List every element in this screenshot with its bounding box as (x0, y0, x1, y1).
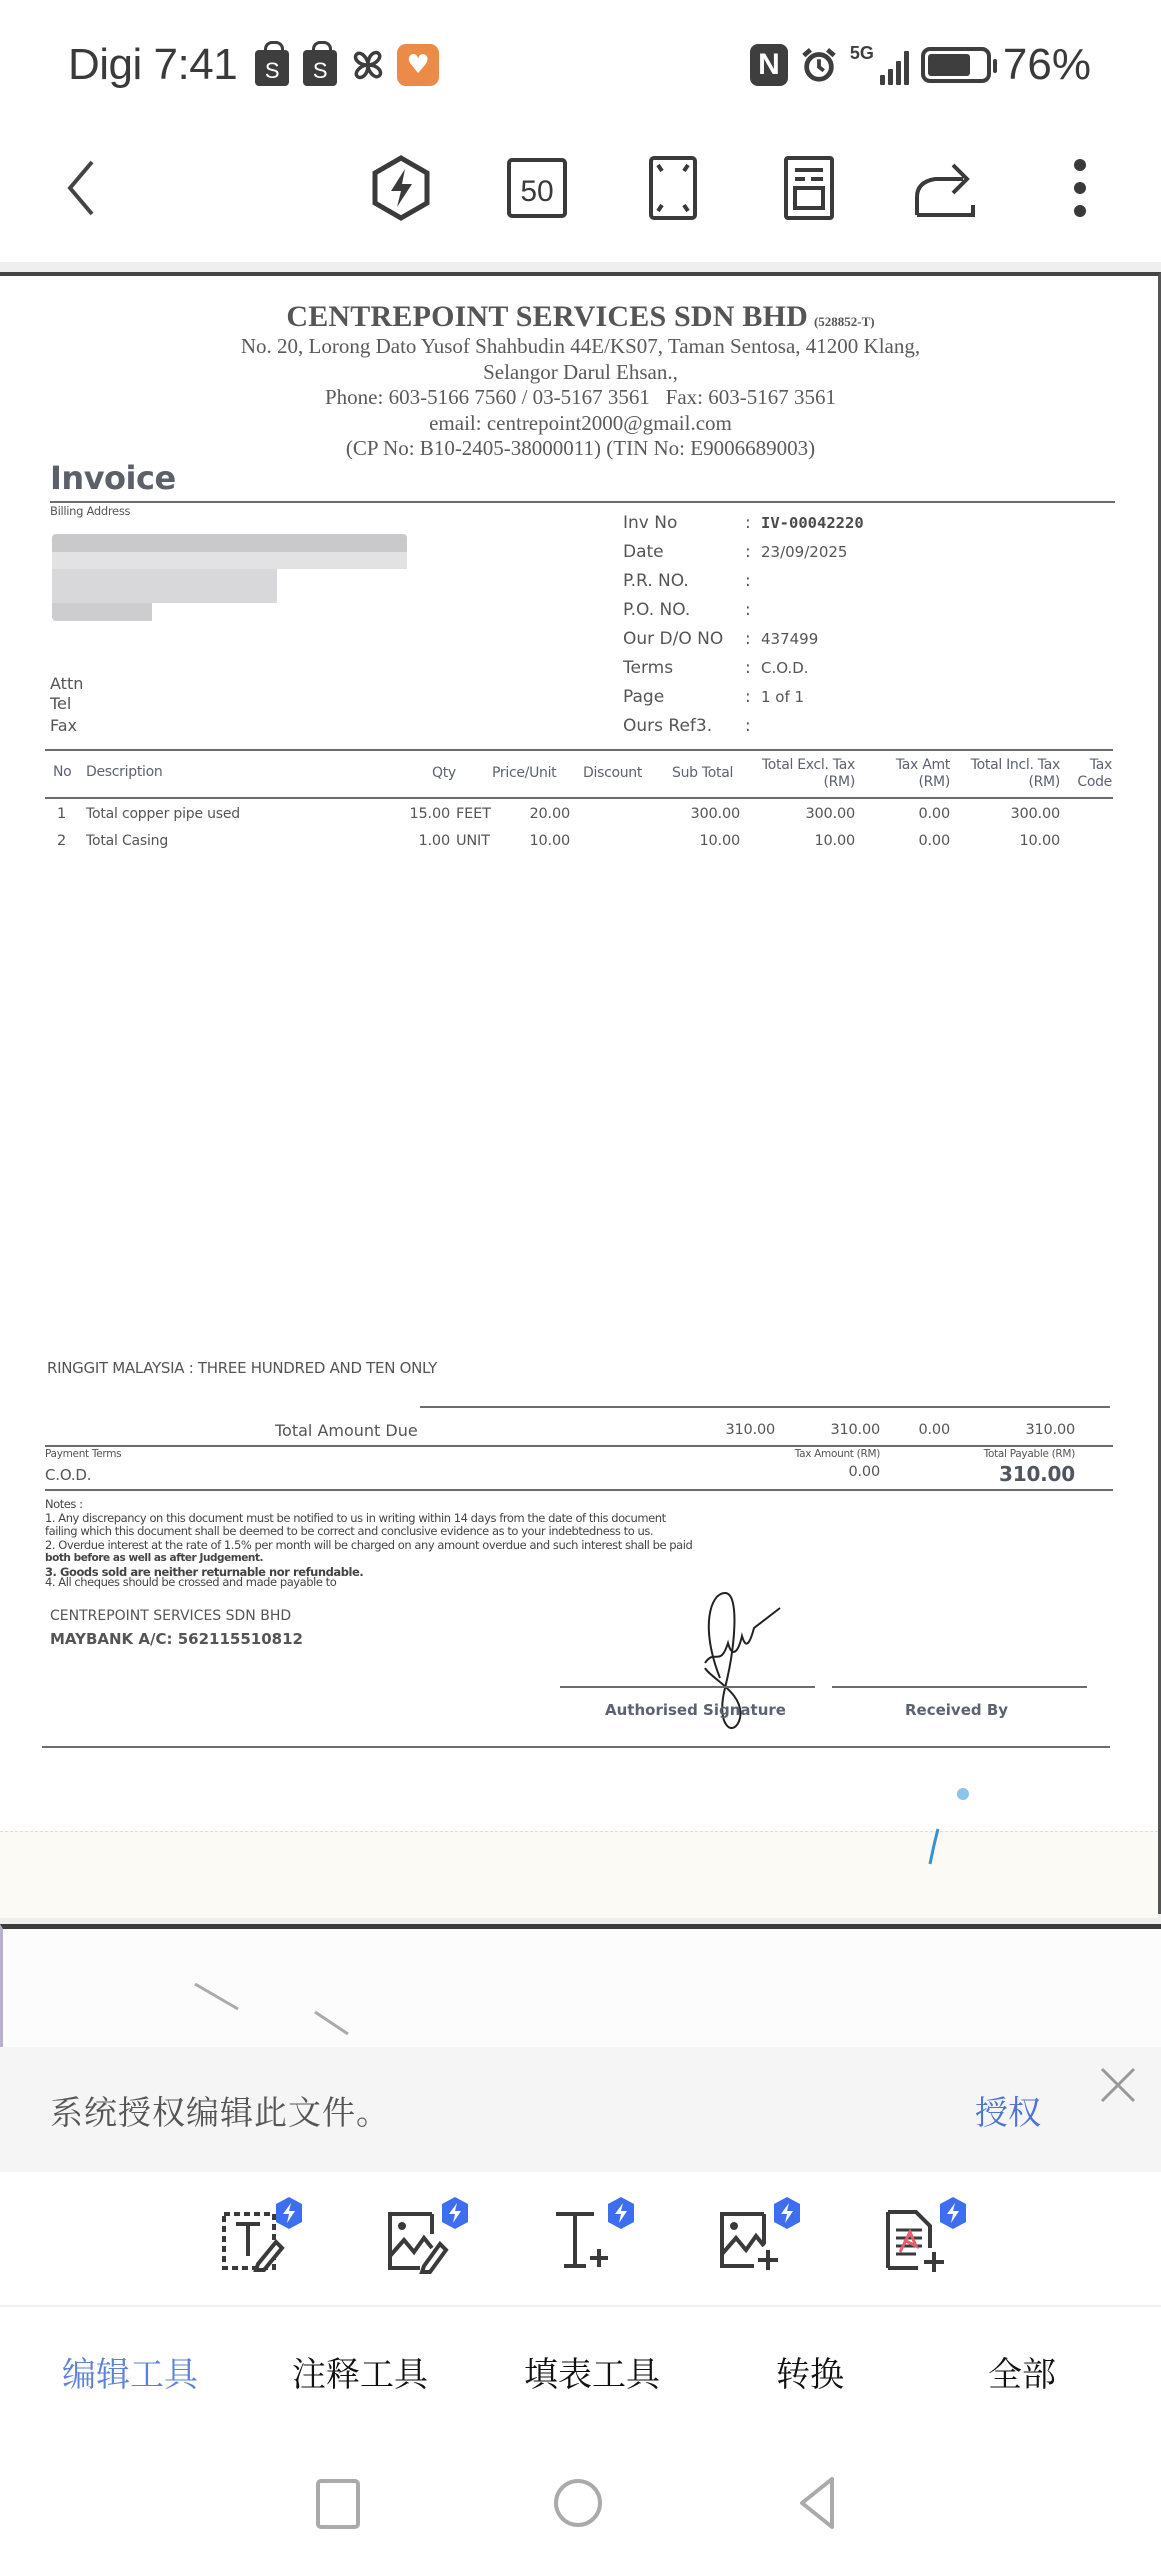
amount-in-words: RINGGIT MALAYSIA : THREE HUNDRED AND TEN… (47, 1359, 437, 1377)
note-line: failing which this document shall be dee… (45, 1525, 692, 1539)
col-total-excl-tax: Total Excl. Tax(RM) (740, 757, 855, 791)
notes-label: Notes : (45, 1498, 692, 1512)
next-page-preview (0, 1924, 1161, 2064)
meta-value: 1 of 1 (761, 688, 804, 706)
cell-qty: 1.00 (395, 833, 450, 849)
svg-text:50: 50 (520, 175, 553, 208)
carrier-time: Digi 7:41 (68, 40, 237, 90)
cell-sub-total: 300.00 (660, 806, 740, 822)
page-layout-button[interactable] (774, 153, 844, 223)
tax-amount-value: 0.00 (780, 1464, 880, 1480)
fullscreen-icon (648, 155, 698, 221)
notes: Notes : 1. Any discrepancy on this docum… (45, 1498, 692, 1589)
pro-lightning-badge-icon (938, 2196, 968, 2230)
received-by-label: Received By (905, 1701, 1008, 1719)
company-email: email: centrepoint2000@gmail.com (0, 411, 1161, 437)
company-reg-no: (528852-T) (814, 314, 875, 329)
cell-total-incl-tax: 300.00 (960, 806, 1060, 822)
authorised-signature-line (560, 1686, 815, 1688)
meta-key: Ours Ref3. (623, 716, 745, 736)
cell-total-incl-tax: 10.00 (960, 833, 1060, 849)
meta-row: Our D/O NO:437499 (623, 624, 864, 653)
col-description: Description (86, 764, 162, 781)
cell-price-unit: 20.00 (505, 806, 570, 822)
more-options-button[interactable] (1045, 153, 1115, 223)
meta-row: Terms:C.O.D. (623, 653, 864, 682)
meta-key: Date (623, 542, 745, 562)
note-line: 2. Overdue interest at the rate of 1.5% … (45, 1539, 692, 1553)
total-payable-value: 310.00 (940, 1462, 1075, 1486)
col-discount: Discount (583, 765, 642, 782)
edit-image-tool[interactable] (384, 2204, 464, 2284)
battery-icon (921, 47, 991, 83)
meta-colon: : (745, 542, 761, 562)
meta-key: Terms (623, 658, 745, 678)
invoice-page: CENTREPOINT SERVICES SDN BHD(528852-T) N… (0, 272, 1161, 1914)
payment-terms-value: C.O.D. (45, 1466, 91, 1484)
meta-colon: : (745, 571, 761, 591)
company-header: CENTREPOINT SERVICES SDN BHD(528852-T) N… (0, 300, 1161, 462)
cell-no: 1 (57, 806, 69, 822)
page-number-icon: 50 (506, 157, 568, 219)
pinwheel-icon (349, 44, 387, 86)
payee-name: CENTREPOINT SERVICES SDN BHD (50, 1608, 291, 1624)
meta-colon: : (745, 513, 761, 533)
flash-tool-button[interactable] (366, 153, 436, 223)
shopee-icon: S (253, 44, 291, 86)
note-line: 4. All cheques should be crossed and mad… (45, 1576, 692, 1590)
bottom-tabs: 编辑工具 注释工具 填表工具 转换 全部 (0, 2309, 1161, 2434)
document-viewer[interactable]: CENTREPOINT SERVICES SDN BHD(528852-T) N… (0, 262, 1161, 2052)
billing-address-label: Billing Address (50, 504, 130, 518)
cell-description: Total Casing (86, 833, 386, 849)
company-name: CENTREPOINT SERVICES SDN BHD (286, 300, 808, 333)
tab-annotation-tools[interactable]: 注释工具 (292, 2347, 428, 2396)
company-address-2: Selangor Darul Ehsan., (0, 360, 1161, 386)
tab-edit-tools[interactable]: 编辑工具 (62, 2347, 198, 2396)
total-sub-total: 310.00 (680, 1422, 775, 1438)
share-button[interactable] (910, 153, 980, 223)
meta-row: P.O. NO.: (623, 595, 864, 624)
total-payable-label: Total Payable (RM) (940, 1448, 1075, 1460)
meta-key: Page (623, 687, 745, 707)
pro-lightning-badge-icon (274, 2196, 304, 2230)
invoice-meta: Inv No:IV-00042220Date:23/09/2025P.R. NO… (623, 508, 864, 740)
recents-button[interactable] (308, 2473, 368, 2533)
payment-bottom-rule (45, 1489, 1113, 1491)
triangle-back-icon (790, 2473, 850, 2533)
edit-tools-row (0, 2172, 1161, 2307)
cell-price-unit: 10.00 (505, 833, 570, 849)
tel-label: Tel (50, 694, 71, 713)
meta-key: Our D/O NO (623, 629, 745, 649)
footer-rule (42, 1746, 1110, 1748)
total-tax-amt: 0.00 (880, 1422, 950, 1438)
meta-key: Inv No (623, 513, 745, 533)
cell-tax-amt: 0.00 (870, 806, 950, 822)
received-by-line (832, 1686, 1087, 1688)
cell-tax-amt: 0.00 (870, 833, 950, 849)
meta-value: C.O.D. (761, 659, 809, 677)
authorization-message: 系统授权编辑此文件。 (50, 2087, 390, 2134)
totals-top-rule (420, 1406, 1110, 1408)
meta-row: P.R. NO.: (623, 566, 864, 595)
cell-sub-total: 10.00 (660, 833, 740, 849)
attn-label: Attn (50, 674, 83, 693)
back-nav-button[interactable] (790, 2473, 850, 2533)
totals-bottom-rule (45, 1445, 1113, 1447)
home-button[interactable] (548, 2473, 608, 2533)
health-app-icon: ♥ (397, 44, 439, 86)
shopee-icon: S (301, 44, 339, 86)
table-top-rule (45, 749, 1113, 751)
authorization-banner: 系统授权编辑此文件。 授权 (0, 2047, 1161, 2172)
table-header-rule (45, 797, 1113, 799)
meta-colon: : (745, 687, 761, 707)
cell-total-excl-tax: 300.00 (760, 806, 855, 822)
meta-colon: : (745, 716, 761, 736)
tab-form-tools[interactable]: 填表工具 (524, 2347, 660, 2396)
total-excl-tax: 310.00 (780, 1422, 880, 1438)
meta-row: Inv No:IV-00042220 (623, 508, 864, 537)
back-button[interactable] (45, 153, 115, 223)
tax-amount-label: Tax Amount (RM) (740, 1448, 880, 1460)
fax-label: Fax (50, 716, 77, 735)
pro-lightning-badge-icon (440, 2196, 470, 2230)
meta-key: P.R. NO. (623, 571, 745, 591)
company-phone: Phone: 603-5166 7560 / 03-5167 3561 Fax:… (0, 385, 1161, 411)
chevron-left-icon (60, 158, 100, 218)
square-icon (308, 2473, 368, 2533)
meta-row: Ours Ref3.: (623, 711, 864, 740)
ink-mark (918, 1784, 978, 1874)
battery-percent: 76% (1003, 40, 1091, 90)
col-sub-total: Sub Total (672, 765, 733, 782)
cell-total-excl-tax: 10.00 (760, 833, 855, 849)
tab-convert[interactable]: 转换 (776, 2347, 844, 2396)
tab-all[interactable]: 全部 (988, 2347, 1056, 2396)
meta-row: Date:23/09/2025 (623, 537, 864, 566)
authorize-button[interactable]: 授权 (975, 2087, 1041, 2134)
cell-qty: 15.00 (395, 806, 450, 822)
meta-colon: : (745, 600, 761, 620)
lightning-hexagon-icon (370, 155, 432, 221)
close-icon (1098, 2065, 1138, 2105)
meta-key: P.O. NO. (623, 600, 745, 620)
cell-no: 2 (57, 833, 69, 849)
meta-row: Page:1 of 1 (623, 682, 864, 711)
company-ids: (CP No: B10-2405-38000011) (TIN No: E900… (0, 436, 1161, 462)
col-qty: Qty (432, 765, 456, 782)
company-address-1: No. 20, Lorong Dato Yusof Shahbudin 44E/… (0, 334, 1161, 360)
divider (50, 501, 1115, 503)
meta-value: 23/09/2025 (761, 543, 847, 561)
edit-text-tool[interactable] (218, 2204, 298, 2284)
add-image-tool[interactable] (716, 2204, 796, 2284)
meta-colon: : (745, 658, 761, 678)
circle-icon (548, 2473, 608, 2533)
pro-lightning-badge-icon (606, 2196, 636, 2230)
meta-value: 437499 (761, 630, 818, 648)
total-amount-due-label: Total Amount Due (275, 1421, 418, 1440)
payment-terms-label: Payment Terms (45, 1448, 121, 1460)
col-total-incl-tax: Total Incl. Tax(RM) (950, 757, 1060, 791)
note-line: 1. Any discrepancy on this document must… (45, 1512, 692, 1526)
col-tax-amt: Tax Amt(RM) (870, 757, 950, 791)
col-price-unit: Price/Unit (492, 765, 556, 782)
viewer-toolbar: 50 (0, 135, 1161, 250)
more-vertical-icon (1070, 157, 1090, 219)
invoice-title: Invoice (50, 459, 176, 497)
nfc-icon: N (750, 44, 788, 86)
total-incl-tax: 310.00 (950, 1422, 1075, 1438)
fullscreen-button[interactable] (638, 153, 708, 223)
pro-lightning-badge-icon (772, 2196, 802, 2230)
page-layout-icon (783, 155, 835, 221)
col-tax-code: TaxCode (1070, 757, 1112, 791)
meta-colon: : (745, 629, 761, 649)
bank-account: MAYBANK A/C: 562115510812 (50, 1630, 303, 1648)
status-bar: Digi 7:41 S S ♥ N 5G 76% (0, 0, 1161, 130)
alarm-icon (800, 44, 838, 86)
authorised-signature-label: Authorised Signature (605, 1701, 786, 1719)
5g-signal-icon: 5G (850, 45, 909, 85)
system-nav-bar (0, 2435, 1161, 2560)
close-banner-button[interactable] (1098, 2065, 1138, 2116)
cell-description: Total copper pipe used (86, 806, 386, 822)
page-number-button[interactable]: 50 (502, 153, 572, 223)
add-text-tool[interactable] (550, 2204, 630, 2284)
note-line: 3. Goods sold are neither returnable nor… (45, 1566, 692, 1576)
page-bottom-margin (0, 1831, 1158, 1918)
col-no: No (53, 764, 71, 781)
note-line: both before as well as after Judgement. (45, 1552, 692, 1566)
meta-value: IV-00042220 (761, 514, 864, 532)
share-icon (913, 157, 977, 219)
add-signature-doc-tool[interactable] (882, 2204, 962, 2284)
